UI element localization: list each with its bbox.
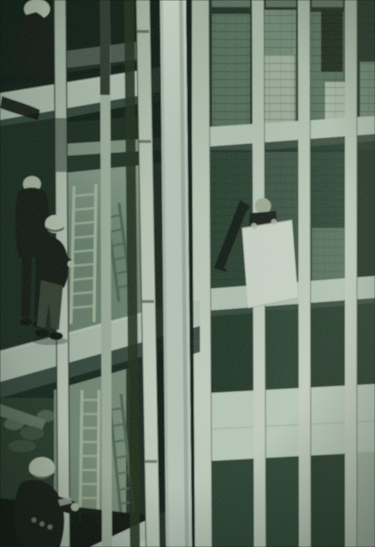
photo-canvas: Green-tinted monochrome photograph of a … (0, 0, 375, 547)
vignette-overlay (0, 0, 375, 547)
construction-photograph: Green-tinted monochrome photograph of a … (0, 0, 375, 547)
